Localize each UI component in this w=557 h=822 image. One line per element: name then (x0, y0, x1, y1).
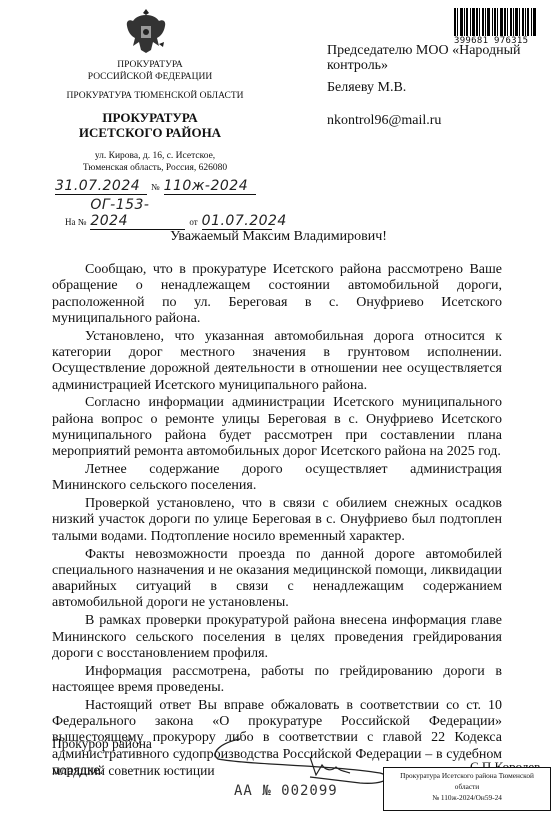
paragraph: Летнее содержание дорого осуществляет ад… (52, 462, 502, 495)
stamp-line1: Прокуратура Исетского района Тюменской (384, 770, 550, 781)
org-name-line2: ИСЕТСКОГО РАЙОНА (40, 125, 260, 140)
ref-label: На № (65, 217, 86, 227)
address-line2: Тюменская область, Россия, 626080 (25, 162, 285, 174)
paragraph: Факты невозможности проезда по данной до… (52, 547, 502, 612)
paragraph: Установлено, что указанная автомобильная… (52, 329, 502, 394)
from-label: от (189, 217, 197, 227)
signatory-title: Прокурор района (52, 736, 152, 752)
signatory-rank: младший советник юстиции (52, 763, 215, 779)
registration-number: 110ж-2024 (164, 178, 256, 195)
stamp-line3: № 110ж-2024/Он59-24 (384, 792, 550, 803)
form-serial-number: АА № 002099 (234, 783, 338, 799)
paragraph: Сообщаю, что в прокуратуре Исетского рай… (52, 262, 502, 327)
recipient-line1: Председателю МОО «Народный (327, 43, 557, 58)
paragraph: Согласно информации администрации Исетск… (52, 395, 502, 460)
letterhead-line1: ПРОКУРАТУРА (40, 59, 260, 71)
org-name-line1: ПРОКУРАТУРА (40, 110, 260, 125)
letter-body: Сообщаю, что в прокуратуре Исетского рай… (52, 262, 502, 781)
paragraph: Проверкой установлено, что в связи с оби… (52, 496, 502, 545)
address-line1: ул. Кирова, д. 16, с. Исетское, (25, 150, 285, 162)
letterhead-line3: ПРОКУРАТУРА ТЮМЕНСКОЙ ОБЛАСТИ (30, 90, 280, 102)
coat-of-arms-icon (121, 6, 171, 56)
ref-date: 01.07.2024 (202, 213, 272, 230)
registration-date: 31.07.2024 (55, 178, 147, 195)
greeting: Уважаемый Максим Владимирович! (0, 229, 557, 245)
paragraph: В рамках проверки прокуратурой района вн… (52, 613, 502, 662)
registration-line: 31.07.2024 № 110ж-2024 (55, 177, 256, 195)
recipient-name: Беляеву М.В. (327, 80, 557, 95)
reference-line: На № ОГ-153-2024 от 01.07.2024 (65, 197, 272, 230)
number-label: № (151, 182, 160, 192)
recipient-email: nkontrol96@mail.ru (327, 113, 557, 128)
signature-scribble-icon (210, 735, 400, 790)
barcode (454, 8, 554, 38)
recipient-line2: контроль» (327, 58, 557, 73)
registration-stamp: Прокуратура Исетского района Тюменской о… (383, 767, 551, 811)
stamp-line2: области (384, 781, 550, 792)
letterhead-line2: РОССИЙСКОЙ ФЕДЕРАЦИИ (40, 71, 260, 83)
paragraph: Информация рассмотрена, работы по грейди… (52, 664, 502, 697)
ref-number: ОГ-153-2024 (90, 197, 185, 230)
